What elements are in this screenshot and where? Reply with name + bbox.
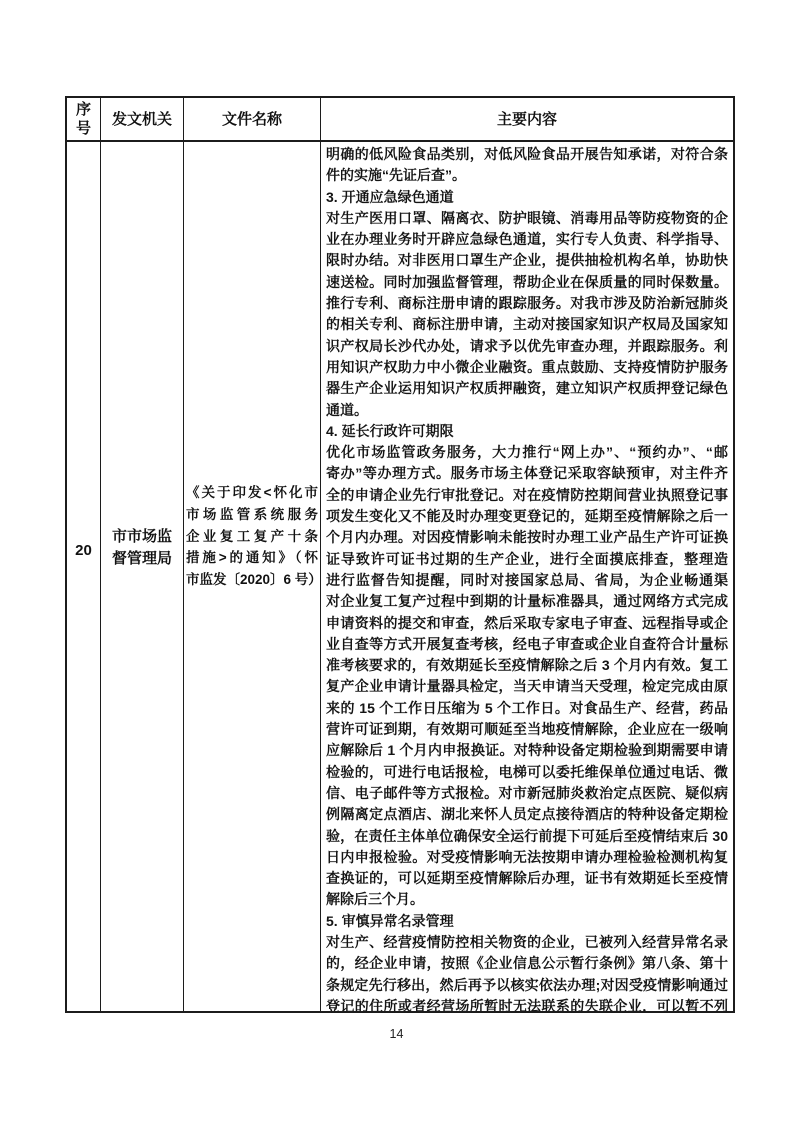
content-line: 申请资料的提交和审查，然后采取专家电子审查、远程指导或企 [326, 613, 728, 634]
content-line: 解除后三个月。 [326, 889, 728, 910]
row-main-content: 明确的低风险食品类别，对低风险食品开展告知承诺，对符合条件的实施“先证后查”。3… [321, 142, 733, 1011]
content-line: 优化市场监管政务服务，大力推行“网上办”、“预约办”、“邮 [326, 442, 728, 463]
content-line: 个月内办理。对因疫情影响未能按时办理工业产品生产许可证换 [326, 527, 728, 548]
column-header-agency: 发文机关 [101, 98, 184, 142]
content-line: 5. 审慎异常名录管理 [326, 911, 728, 932]
content-line: 速送检。同时加强监督管理，帮助企业在保质量的同时保数量。 [326, 272, 728, 293]
content-line: 条规定先行移出，然后再予以核实依法办理;对因受疫情影响通过 [326, 975, 728, 996]
content-line: 营许可证到期，有效期可顺延至当地疫情解除，企业应在一级响 [326, 719, 728, 740]
content-line: 的，经企业申请，按照《企业信息公示暂行条例》第八条、第十 [326, 953, 728, 974]
page-number: 14 [0, 1027, 793, 1041]
content-line: 限时办结。对非医用口罩生产企业，提供抽检机构名单，协助快 [326, 250, 728, 271]
content-line: 应解除后 1 个月内申报换证。对特种设备定期检验到期需要申请 [326, 740, 728, 761]
content-line: 推行专利、商标注册申请的跟踪服务。对我市涉及防治新冠肺炎 [326, 293, 728, 314]
content-line: 验，在责任主体单位确保安全运行前提下可延后至疫情结束后 30 [326, 826, 728, 847]
column-header-doc-name: 文件名称 [184, 98, 321, 142]
content-line: 业自查等方式开展复查考核，经电子审查或企业自查符合计量标 [326, 634, 728, 655]
doc-title-line: 措施>的通知》（怀 [186, 547, 318, 569]
content-line: 例隔离定点酒店、湖北来怀人员定点接待酒店的特种设备定期检 [326, 804, 728, 825]
doc-title-line: 《关于印发<怀化市 [186, 482, 318, 504]
content-line: 用知识产权助力中小微企业融资。重点鼓励、支持疫情防护服务 [326, 357, 728, 378]
content-line: 信、电子邮件等方式报检。对市新冠肺炎救治定点医院、疑似病 [326, 783, 728, 804]
content-line: 项发生变化又不能及时办理变更登记的，延期至疫情解除之后一 [326, 506, 728, 527]
content-line: 业在办理业务时开辟应急绿色通道，实行专人负责、科学指导、 [326, 229, 728, 250]
row-issuing-agency: 市市场监督管理局 [101, 142, 184, 1011]
row-seq-number: 20 [67, 142, 101, 1011]
row-document-title: 《关于印发<怀化市市场监管系统服务企业复工复产十条措施>的通知》（怀市监发〔20… [184, 142, 321, 1011]
content-line: 查换证的，可以延期至疫情解除后办理，证书有效期延长至疫情 [326, 868, 728, 889]
content-line: 通道。 [326, 400, 728, 421]
doc-title-line: 企业复工复产十条 [186, 526, 318, 548]
content-line: 复产企业申请计量器具检定，当天申请当天受理，检定完成由原 [326, 676, 728, 697]
content-line: 的相关专利、商标注册申请，主动对接国家知识产权局及国家知 [326, 314, 728, 335]
doc-title-line: 市监发〔2020〕6 号） [186, 569, 318, 591]
column-header-main-content: 主要内容 [321, 98, 733, 142]
content-line: 检验的，可进行电话报检，电梯可以委托维保单位通过电话、微 [326, 762, 728, 783]
content-line: 证导致许可证书过期的生产企业，进行全面摸底排查，整理造册。 [326, 549, 728, 570]
content-line: 器生产企业运用知识产权质押融资，建立知识产权质押登记绿色 [326, 378, 728, 399]
content-line: 全的申请企业先行审批登记。对在疫情防控期间营业执照登记事 [326, 485, 728, 506]
content-line: 4. 延长行政许可期限 [326, 421, 728, 442]
content-line: 3. 开通应急绿色通道 [326, 187, 728, 208]
content-line: 对生产、经营疫情防控相关物资的企业，已被列入经营异常名录 [326, 932, 728, 953]
content-line: 明确的低风险食品类别，对低风险食品开展告知承诺，对符合条 [326, 144, 728, 165]
content-line: 来的 15 个工作日压缩为 5 个工作日。对食品生产、经营，药品经 [326, 698, 728, 719]
content-line: 准考核要求的，有效期延长至疫情解除之后 3 个月内有效。复工 [326, 655, 728, 676]
doc-title-line: 市场监管系统服务 [186, 504, 318, 526]
column-header-seq: 序号 [67, 98, 101, 142]
content-line: 进行监督告知提醒，同时对接国家总局、省局，为企业畅通渠道。 [326, 570, 728, 591]
content-line: 件的实施“先证后查”。 [326, 165, 728, 186]
policy-table: 序号 发文机关 文件名称 主要内容 20 市市场监督管理局 《关于印发<怀化市市… [65, 96, 735, 1013]
content-line: 登记的住所或者经营场所暂时无法联系的失联企业，可以暂不列 [326, 996, 728, 1011]
content-line: 日内申报检验。对受疫情影响无法按期申请办理检验检测机构复 [326, 847, 728, 868]
content-line: 对生产医用口罩、隔离衣、防护眼镜、消毒用品等防疫物资的企 [326, 208, 728, 229]
content-line: 对企业复工复产过程中到期的计量标准器具，通过网络方式完成 [326, 591, 728, 612]
content-line: 寄办”等办理方式。服务市场主体登记采取容缺预审，对主件齐 [326, 463, 728, 484]
content-line: 识产权局长沙代办处，请求予以优先审查办理，并跟踪服务。利 [326, 336, 728, 357]
document-page: 序号 发文机关 文件名称 主要内容 20 市市场监督管理局 《关于印发<怀化市市… [0, 0, 793, 1122]
